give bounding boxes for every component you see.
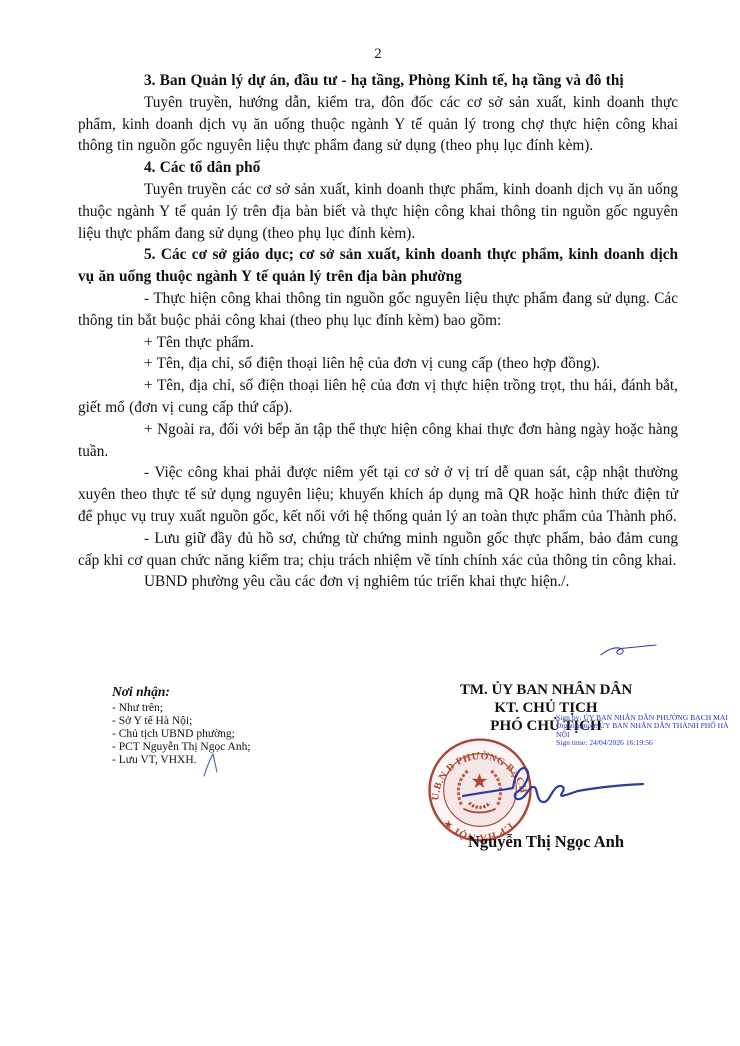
paragraph: Tuyên truyền, hướng dẫn, kiểm tra, đôn đ… [78, 92, 678, 157]
list-item-paragraph: + Ngoài ra, đối với bếp ăn tập thể thực … [78, 419, 678, 463]
signer-name: Nguyễn Thị Ngọc Anh [436, 832, 656, 852]
digital-signature-info: Sign by: ỦY BAN NHÂN DÂN PHƯỜNG BẠCH MAI… [556, 714, 734, 748]
authority-line: TM. ỦY BAN NHÂN DÂN [436, 682, 656, 700]
recipients-label: Nơi nhận: [112, 684, 342, 700]
page-number: 2 [78, 44, 678, 64]
initials-flourish-icon [598, 642, 660, 660]
section-heading-3: 3. Ban Quản lý dự án, đầu tư - hạ tầng, … [78, 70, 678, 92]
archive-checkmark-icon [200, 752, 226, 778]
digital-organization: Organization: ỦY BAN NHÂN DÂN THÀNH PHỐ … [556, 722, 734, 739]
list-item-paragraph: + Tên, địa chỉ, số điện thoại liên hệ củ… [78, 353, 678, 375]
paragraph: - Việc công khai phải được niêm yết tại … [78, 462, 678, 527]
section-heading-5: 5. Các cơ sở giáo dục; cơ sở sản xuất, k… [78, 244, 678, 288]
recipient-item: - Chủ tịch UBND phường; [112, 728, 342, 741]
document-page: 2 3. Ban Quản lý dự án, đầu tư - hạ tầng… [0, 0, 740, 1046]
recipients-block: Nơi nhận: - Như trên; - Sở Y tế Hà Nội; … [112, 684, 342, 767]
document-body: 2 3. Ban Quản lý dự án, đầu tư - hạ tầng… [78, 44, 678, 593]
closing-paragraph: UBND phường yêu cầu các đơn vị nghiêm tú… [78, 571, 678, 593]
digital-sign-time: Sign time: 24/04/2026 16:19:56 [556, 739, 734, 747]
paragraph: Tuyên truyền các cơ sở sản xuất, kinh do… [78, 179, 678, 244]
recipient-item: - PCT Nguyễn Thị Ngọc Anh; [112, 741, 342, 754]
paragraph: - Lưu giữ đầy đủ hồ sơ, chứng từ chứng m… [78, 528, 678, 572]
recipient-item: - Như trên; [112, 702, 342, 715]
recipient-item: - Lưu VT, VHXH. [112, 754, 342, 767]
recipient-item: - Sở Y tế Hà Nội; [112, 715, 342, 728]
list-item-paragraph: + Tên, địa chỉ, số điện thoại liên hệ củ… [78, 375, 678, 419]
list-item-paragraph: + Tên thực phẩm. [78, 332, 678, 354]
paragraph: - Thực hiện công khai thông tin nguồn gố… [78, 288, 678, 332]
section-heading-4: 4. Các tổ dân phố [78, 157, 678, 179]
handwritten-signature-icon [458, 756, 648, 814]
